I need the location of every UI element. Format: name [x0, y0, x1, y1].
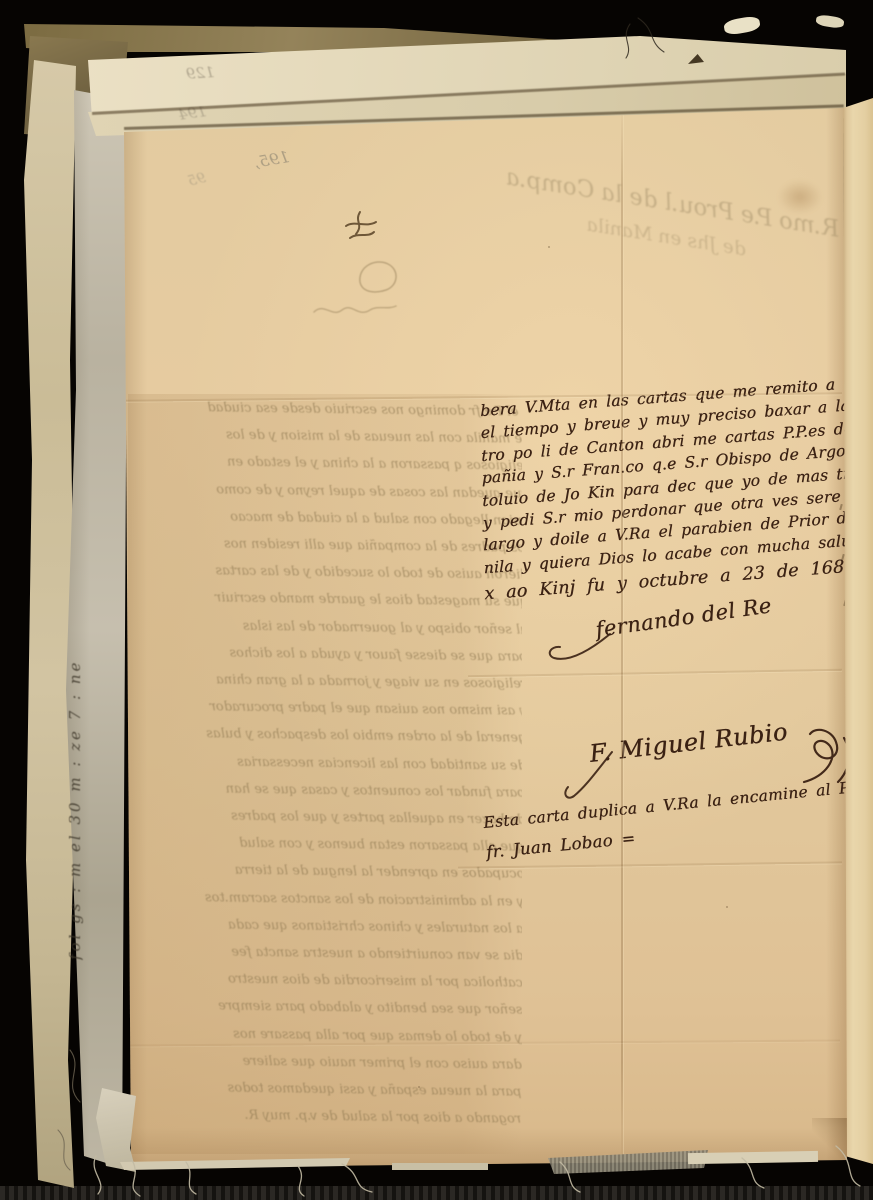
- verso-heading-showthrough: Al R.mo P.e Prou.l de la Comp.a de Jhs e…: [407, 146, 872, 285]
- dust-speck: [726, 906, 728, 908]
- folio-number-129: 129: [185, 63, 215, 83]
- loose-paper-threads: [0, 1010, 873, 1200]
- spine-edge-inscription: fol gs : m el 30 m : ze 7 : ne: [66, 470, 100, 960]
- faded-inscription-mark: [308, 288, 404, 328]
- letter-body-text: bera V.Mta en las cartas que me remito a…: [480, 371, 873, 606]
- folio-number-195: 195,: [253, 147, 291, 172]
- stray-fibers-top: [560, 8, 820, 68]
- dust-speck: [548, 246, 550, 248]
- folio-number-95: 95: [186, 170, 207, 190]
- underlying-sheet-right: [843, 98, 873, 1164]
- manuscript-scan: 129 194 195, 95 Al R.mo P.e Prou.l de la…: [0, 0, 873, 1200]
- paper-stain: [778, 180, 822, 214]
- cross-mark: [340, 208, 380, 252]
